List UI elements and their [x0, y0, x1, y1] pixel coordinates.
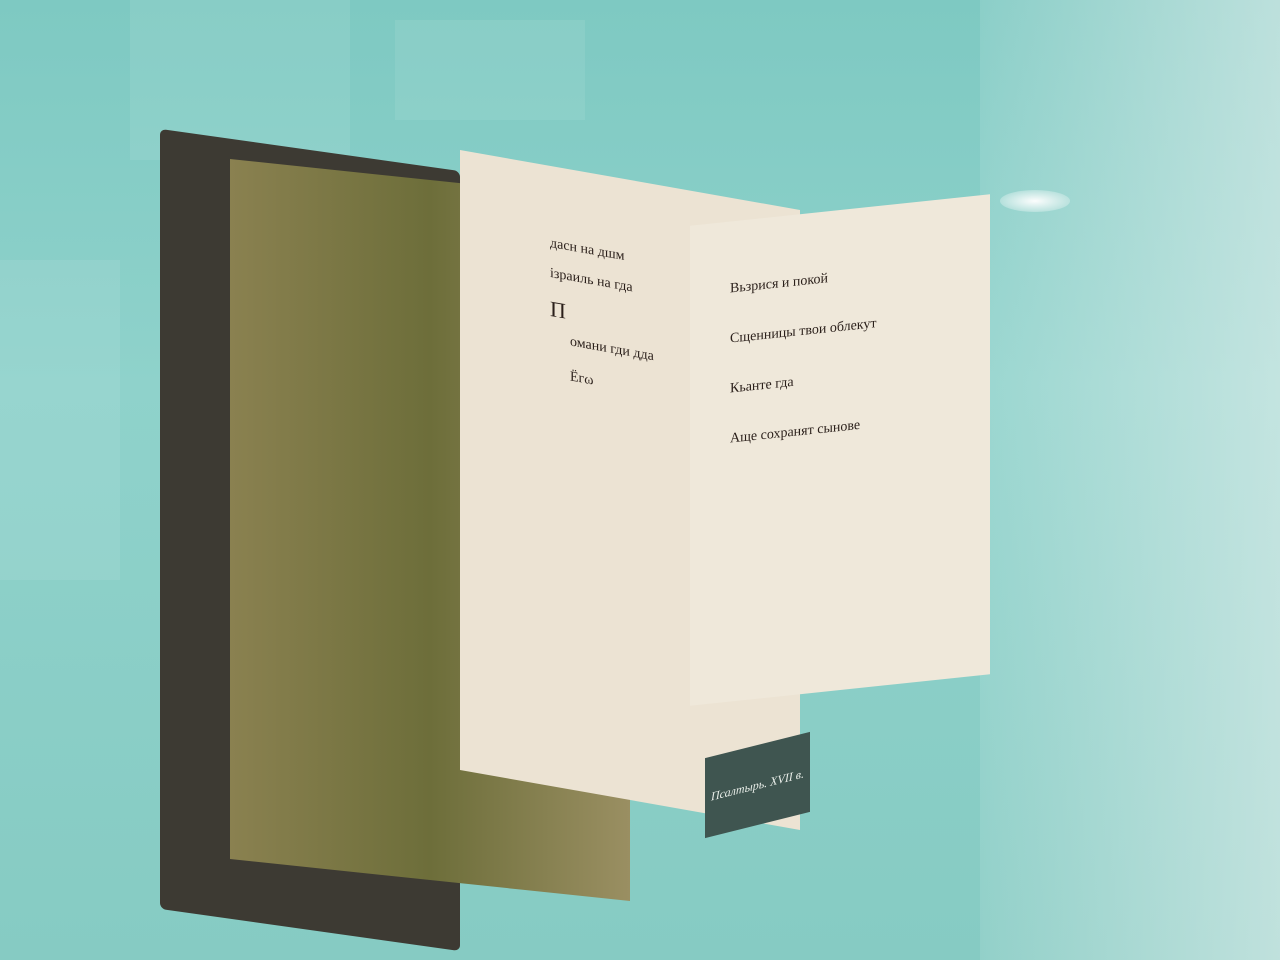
wall-panel [395, 20, 585, 120]
text-line: омани гди дда [570, 334, 654, 365]
exhibit-label-text: Псалтырь. XVII в. [711, 766, 804, 804]
text-line: ізраиль на гда [550, 266, 633, 297]
right-page: Вьзрися и покой Сщенницы твои облекут Кь… [690, 194, 990, 706]
psalter-book: дасн на дшм ізраиль на гда П омани гди д… [160, 150, 990, 930]
text-line: Сщенницы твои облекут [730, 316, 877, 347]
text-line: Аще сохранят сынове [730, 418, 860, 448]
glass-case-reflection [980, 0, 1280, 960]
initial-letter: П [550, 296, 566, 325]
text-line: дасн на дшм [550, 236, 625, 265]
text-line: Кьанте гда [730, 375, 794, 398]
wall-panel [0, 260, 120, 580]
text-line: Вьзрися и покой [730, 271, 828, 297]
text-line: Ёгω [570, 369, 594, 389]
